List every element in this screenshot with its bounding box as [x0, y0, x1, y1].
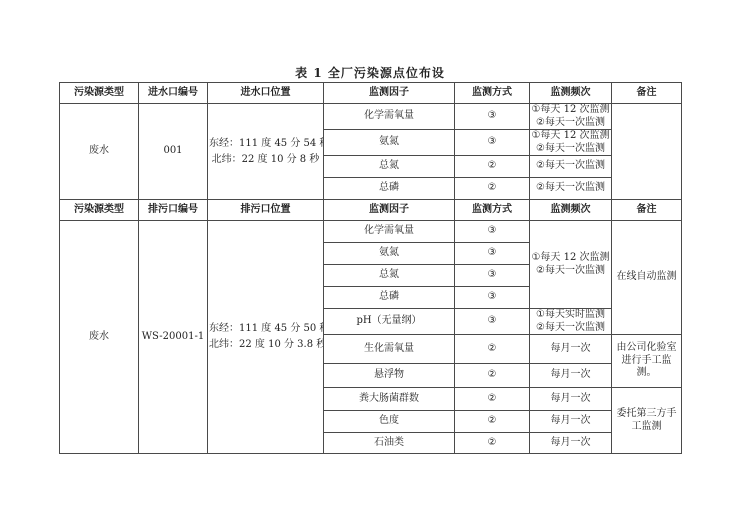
cell-method: ③: [455, 309, 530, 335]
cell-method: ②: [455, 433, 530, 454]
cell-factor: 色度: [324, 411, 455, 433]
cell-factor: 化学需氧量: [324, 104, 455, 130]
header-factor: 监测因子: [324, 83, 455, 104]
cell-method: ②: [455, 364, 530, 388]
cell-method: ③: [455, 104, 530, 130]
location-latitude: 北纬：22 度 10 分 8 秒: [209, 152, 322, 168]
frequency-line: ①每天 12 次监测: [531, 130, 610, 143]
cell-method: ②: [455, 178, 530, 200]
cell-factor: 氨氮: [324, 130, 455, 156]
cell-factor: 总磷: [324, 178, 455, 200]
header-method: 监测方式: [455, 83, 530, 104]
location-longitude: 东经：111 度 45 分 54 秒: [209, 136, 322, 152]
header-inlet-id: 进水口编号: [139, 83, 208, 104]
cell-remark-empty: [612, 104, 682, 200]
cell-frequency: 每月一次: [530, 433, 612, 454]
cell-method: ③: [455, 243, 530, 265]
cell-factor: 总氮: [324, 265, 455, 287]
cell-factor: 化学需氧量: [324, 221, 455, 243]
cell-factor: 总磷: [324, 287, 455, 309]
frequency-line: ①每天 12 次监测: [531, 104, 610, 117]
cell-source-type: 废水: [60, 221, 139, 454]
cell-frequency: 每月一次: [530, 364, 612, 388]
header-source-type: 污染源类型: [60, 200, 139, 221]
frequency-line: ①每天实时监测: [531, 309, 610, 322]
location-latitude: 北纬：22 度 10 分 3.8 秒: [209, 337, 322, 353]
table-row: 废水 WS-20001-1 东经：111 度 45 分 50 秒 北纬：22 度…: [60, 221, 682, 243]
frequency-line: ②每天一次监测: [531, 143, 610, 156]
cell-frequency: ②每天一次监测: [530, 156, 612, 178]
cell-frequency-group: ①每天 12 次监测 ②每天一次监测: [530, 221, 612, 309]
cell-remark-online: 在线自动监测: [612, 221, 682, 335]
header-frequency: 监测频次: [530, 83, 612, 104]
cell-frequency: 每月一次: [530, 335, 612, 364]
cell-factor: 石油类: [324, 433, 455, 454]
cell-frequency: ①每天实时监测 ②每天一次监测: [530, 309, 612, 335]
frequency-line: ②每天一次监测: [531, 117, 610, 130]
header-outfall-id: 排污口编号: [139, 200, 208, 221]
header-remark: 备注: [612, 200, 682, 221]
cell-method: ③: [455, 287, 530, 309]
cell-location: 东经：111 度 45 分 54 秒 北纬：22 度 10 分 8 秒: [208, 104, 324, 200]
frequency-line: ②每天一次监测: [531, 265, 610, 278]
frequency-line: ②每天一次监测: [531, 322, 610, 335]
cell-method: ②: [455, 156, 530, 178]
table-row: 废水 001 东经：111 度 45 分 54 秒 北纬：22 度 10 分 8…: [60, 104, 682, 130]
cell-factor: 悬浮物: [324, 364, 455, 388]
cell-outlet-id: 001: [139, 104, 208, 200]
cell-source-type: 废水: [60, 104, 139, 200]
cell-location: 东经：111 度 45 分 50 秒 北纬：22 度 10 分 3.8 秒: [208, 221, 324, 454]
cell-frequency: 每月一次: [530, 411, 612, 433]
location-longitude: 东经：111 度 45 分 50 秒: [209, 321, 322, 337]
frequency-line: ①每天 12 次监测: [531, 252, 610, 265]
cell-method: ②: [455, 335, 530, 364]
pollution-source-table: 污染源类型 进水口编号 进水口位置 监测因子 监测方式 监测频次 备注 废水 0…: [59, 82, 682, 454]
header-frequency: 监测频次: [530, 200, 612, 221]
cell-method: ③: [455, 221, 530, 243]
cell-method: ②: [455, 411, 530, 433]
cell-factor: 粪大肠菌群数: [324, 388, 455, 411]
header-source-type: 污染源类型: [60, 83, 139, 104]
cell-method: ③: [455, 130, 530, 156]
header-row-outfall: 污染源类型 排污口编号 排污口位置 监测因子 监测方式 监测频次 备注: [60, 200, 682, 221]
header-outfall-location: 排污口位置: [208, 200, 324, 221]
cell-frequency: ①每天 12 次监测 ②每天一次监测: [530, 130, 612, 156]
cell-frequency: ②每天一次监测: [530, 178, 612, 200]
cell-factor: 氨氮: [324, 243, 455, 265]
doc-title: 表 1 全厂污染源点位布设: [59, 64, 681, 81]
cell-factor: 生化需氧量: [324, 335, 455, 364]
cell-factor: 总氮: [324, 156, 455, 178]
cell-method: ③: [455, 265, 530, 287]
cell-frequency: ①每天 12 次监测 ②每天一次监测: [530, 104, 612, 130]
cell-remark-lab: 由公司化验室进行手工监测。: [612, 335, 682, 388]
cell-frequency: 每月一次: [530, 388, 612, 411]
header-row-inlet: 污染源类型 进水口编号 进水口位置 监测因子 监测方式 监测频次 备注: [60, 83, 682, 104]
cell-factor: pH（无量纲）: [324, 309, 455, 335]
cell-outlet-id: WS-20001-1: [139, 221, 208, 454]
header-factor: 监测因子: [324, 200, 455, 221]
header-method: 监测方式: [455, 200, 530, 221]
cell-method: ②: [455, 388, 530, 411]
cell-remark-third-party: 委托第三方手工监测: [612, 388, 682, 454]
header-inlet-location: 进水口位置: [208, 83, 324, 104]
header-remark: 备注: [612, 83, 682, 104]
